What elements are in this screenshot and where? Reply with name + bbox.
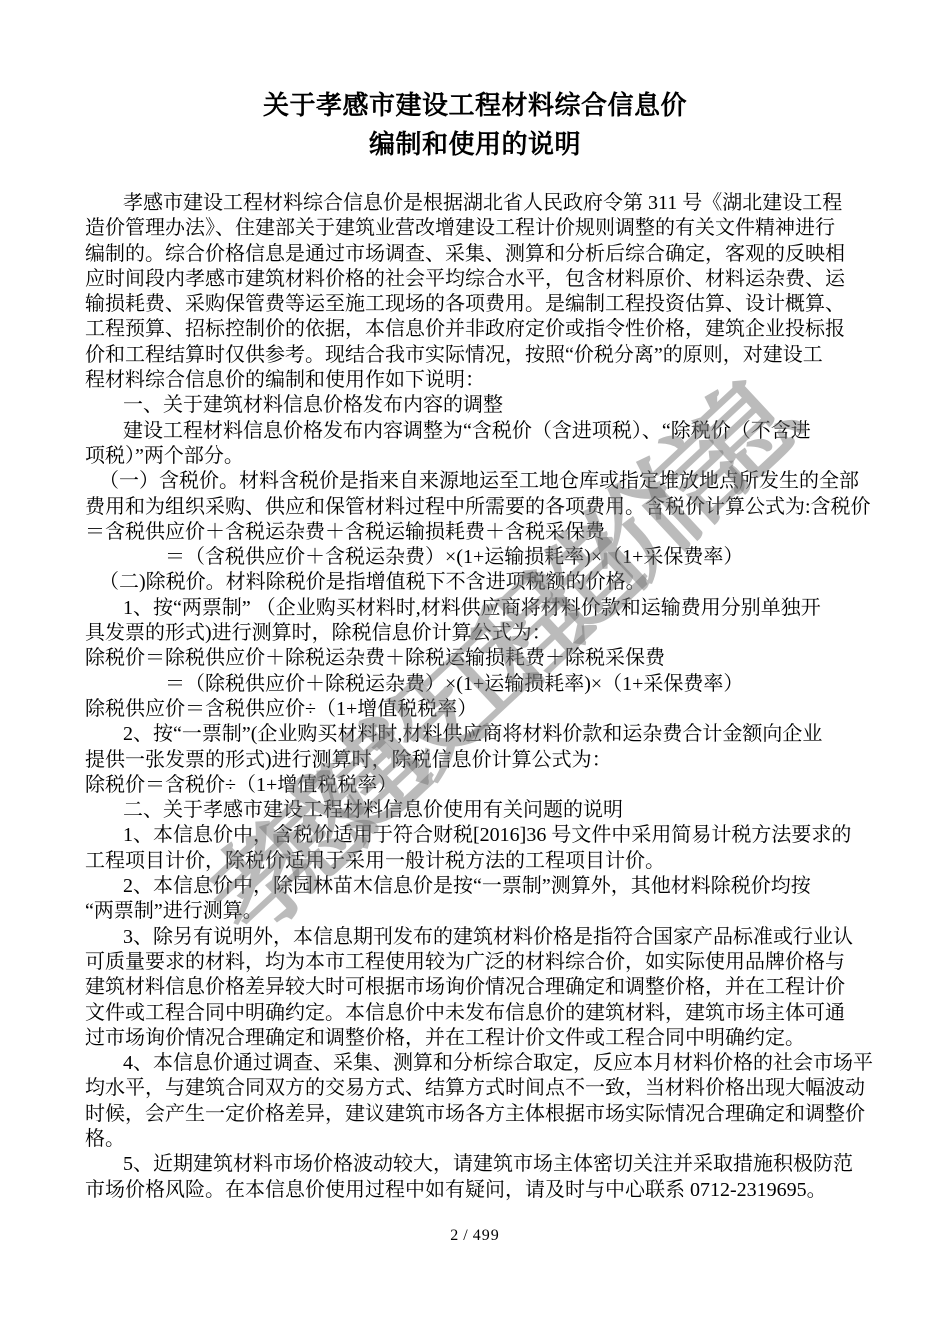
formula-line: ＝（含税供应价＋含税运杂费）×(1+运输损耗率)×（1+采保费率） [85, 545, 875, 570]
document-line: 文件或工程合同中明确约定。本信息价中未发布信息价的建筑材料，建筑市场主体可通 [85, 1001, 875, 1026]
page-title-line-1: 关于孝感市建设工程材料综合信息价 [0, 86, 950, 125]
document-line: 提供一张发票的形式)进行测算时，除税信息价计算公式为： [85, 748, 875, 773]
document-section-heading: 二、关于孝感市建设工程材料信息价使用有关问题的说明 [85, 798, 875, 823]
formula-line: ＝（除税供应价＋除税运杂费）×(1+运输损耗率)×（1+采保费率） [85, 672, 875, 697]
document-line: 3、除另有说明外，本信息期刊发布的建筑材料价格是指符合国家产品标准或行业认 [85, 925, 875, 950]
document-line: 编制的。综合价格信息是通过市场调查、采集、测算和分析后综合确定，客观的反映相 [85, 242, 875, 267]
page-footer: 2 / 499 [0, 1227, 950, 1245]
document-line: 费用和为组织采购、供应和保管材料过程中所需要的各项费用。含税价计算公式为:含税价 [85, 495, 875, 520]
document-line: 建设工程材料信息价格发布内容调整为“含税价（含进项税）、“除税价（不含进 [85, 419, 875, 444]
document-line: 格。 [85, 1127, 875, 1152]
document-line: 工程项目计价，除税价适用于采用一般计税方法的工程项目计价。 [85, 849, 875, 874]
document-line: 2、按“一票制”(企业购买材料时,材料供应商将材料价款和运杂费合计金额向企业 [85, 722, 875, 747]
page-number-total: 499 [473, 1227, 500, 1244]
document-line: 时候，会产生一定价格差异，建议建筑市场各方主体根据市场实际情况合理确定和调整价 [85, 1102, 875, 1127]
page-content: 孝感市建设工程材料综合信息价是根据湖北省人民政府令第 311 号《湖北建设工程 … [85, 191, 875, 1203]
document-page: 孝感建设工程造价信息 关于孝感市建设工程材料综合信息价 编制和使用的说明 孝感市… [0, 0, 950, 1344]
page-number-current: 2 [450, 1227, 459, 1244]
document-line: 输损耗费、采购保管费等运至施工现场的各项费用。是编制工程投资估算、设计概算、 [85, 292, 875, 317]
formula-line: ＝含税供应价＋含税运杂费＋含税运输损耗费＋含税采保费 [85, 520, 875, 545]
document-line: 5、近期建筑材料市场价格波动较大，请建筑市场主体密切关注并采取措施积极防范 [85, 1152, 875, 1177]
document-line: 1、本信息价中，含税价适用于符合财税[2016]36 号文件中采用简易计税方法要… [85, 823, 875, 848]
document-line: （一）含税价。材料含税价是指来自来源地运至工地仓库或指定堆放地点所发生的全部 [85, 469, 875, 494]
document-line: 工程预算、招标控制价的依据，本信息价并非政府定价或指令性价格，建筑企业投标报 [85, 317, 875, 342]
page-title-line-2: 编制和使用的说明 [0, 125, 950, 164]
document-line: 可质量要求的材料，均为本市工程使用较为广泛的材料综合价，如实际使用品牌价格与 [85, 950, 875, 975]
document-line: 过市场询价情况合理确定和调整价格，并在工程计价文件或工程合同中明确约定。 [85, 1026, 875, 1051]
document-line: （二)除税价。材料除税价是指增值税下不含进项税额的价格。 [85, 570, 875, 595]
formula-line: 除税价＝除税供应价＋除税运杂费＋除税运输损耗费＋除税采保费 [85, 646, 875, 671]
document-section-heading: 一、关于建筑材料信息价格发布内容的调整 [85, 393, 875, 418]
document-line: 4、本信息价通过调查、采集、测算和分析综合取定，反应本月材料价格的社会市场平 [85, 1051, 875, 1076]
document-line: 程材料综合信息价的编制和使用作如下说明： [85, 368, 875, 393]
formula-line: 除税价＝含税价÷（1+增值税税率） [85, 773, 875, 798]
document-line: 具发票的形式)进行测算时，除税信息价计算公式为： [85, 621, 875, 646]
document-line: “两票制”进行测算。 [85, 899, 875, 924]
document-line: 孝感市建设工程材料综合信息价是根据湖北省人民政府令第 311 号《湖北建设工程 [85, 191, 875, 216]
page-title: 关于孝感市建设工程材料综合信息价 编制和使用的说明 [0, 86, 950, 164]
document-line: 造价管理办法》、住建部关于建筑业营改增建设工程计价规则调整的有关文件精神进行 [85, 216, 875, 241]
document-line: 均水平，与建筑合同双方的交易方式、结算方式时间点不一致，当材料价格出现大幅波动 [85, 1076, 875, 1101]
document-line: 2、本信息价中，除园林苗木信息价是按“一票制”测算外，其他材料除税价均按 [85, 874, 875, 899]
page-number-separator: / [463, 1227, 468, 1244]
document-line: 应时间段内孝感市建筑材料价格的社会平均综合水平，包含材料原价、材料运杂费、运 [85, 267, 875, 292]
document-line: 市场价格风险。在本信息价使用过程中如有疑问，请及时与中心联系 0712-2319… [85, 1178, 875, 1203]
formula-line: 除税供应价＝含税供应价÷（1+增值税税率） [85, 697, 875, 722]
document-line: 1、按“两票制” （企业购买材料时,材料供应商将材料价款和运输费用分别单独开 [85, 596, 875, 621]
document-line: 建筑材料信息价格差异较大时可根据市场询价情况合理确定和调整价格，并在工程计价 [85, 975, 875, 1000]
document-line: 价和工程结算时仅供参考。现结合我市实际情况，按照“价税分离”的原则，对建设工 [85, 343, 875, 368]
document-line: 项税）”两个部分。 [85, 444, 875, 469]
